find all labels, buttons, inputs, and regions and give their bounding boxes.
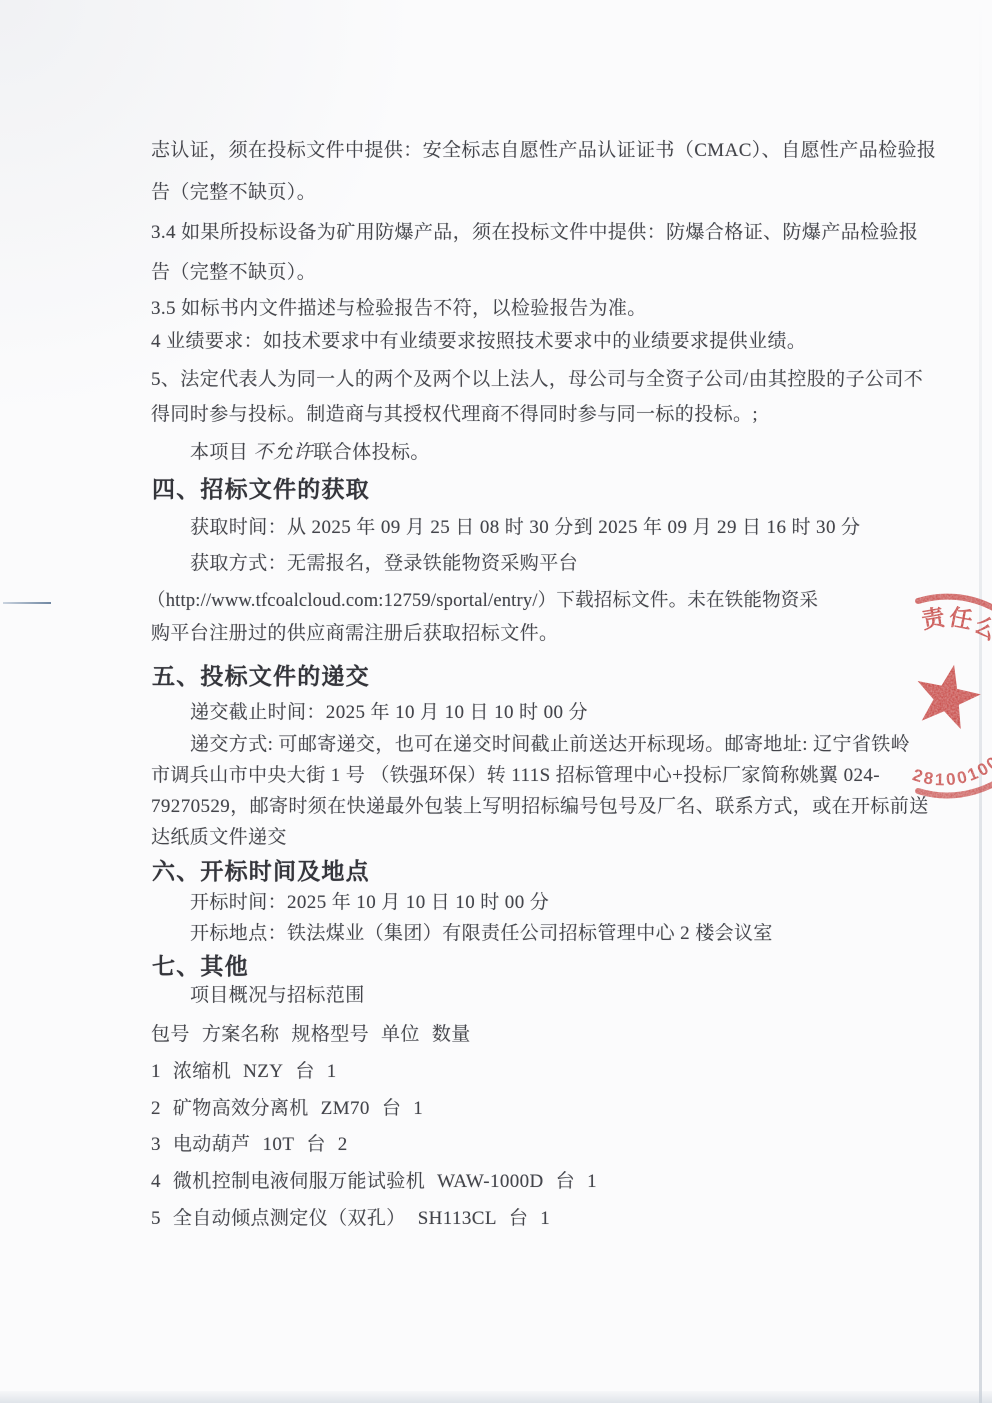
project-scope-line: 项目概况与招标范围 [190, 984, 930, 1008]
col-package-no: 包号 [151, 1023, 190, 1047]
item-model: NZY [243, 1060, 283, 1084]
item-unit: 台 [382, 1097, 401, 1121]
table-row: 4 微机控制电液伺服万能试验机 WAW-1000D 台 1 [151, 1170, 891, 1194]
paragraph-line: 得同时参与投标。制造商与其授权代理商不得同时参与同一标的投标。; [151, 403, 891, 427]
item-qty: 1 [540, 1207, 550, 1231]
paragraph-line: 5、法定代表人为同一人的两个及两个以上法人，母公司与全资子公司/由其控股的子公司… [151, 368, 891, 392]
section-heading-bid-opening: 六、开标时间及地点 [152, 858, 370, 885]
document-page: 志认证，须在投标文件中提供：安全标志自愿性产品认证证书（CMAC）、自愿性产品检… [0, 0, 992, 1403]
item-unit: 台 [306, 1133, 325, 1157]
platform-url-line: （http://www.tfcoalcloud.com:12759/sporta… [147, 589, 887, 613]
table-row: 1 浓缩机 NZY 台 1 [151, 1060, 891, 1084]
table-row: 2 矿物高效分离机 ZM70 台 1 [151, 1097, 891, 1121]
paragraph-line: 达纸质文件递交 [151, 826, 891, 850]
item-model: SH113CL [418, 1207, 497, 1231]
scan-edge-bottom [0, 1391, 992, 1403]
seal-serial-number: 28100100 [910, 752, 992, 790]
official-seal-stamp: 责任公司 28100100 [860, 560, 992, 860]
paragraph-line: 告（完整不缺页）。 [151, 181, 891, 205]
section-heading-other: 七、其他 [152, 953, 249, 980]
item-qty: 2 [338, 1133, 348, 1157]
submission-method-line: 递交方式: 可邮寄递交，也可在递交时间截止前送达开标现场。邮寄地址: 辽宁省铁岭 [190, 733, 930, 757]
opening-time-line: 开标时间：2025 年 10 月 10 日 10 时 00 分 [190, 891, 930, 915]
paragraph-line: 志认证，须在投标文件中提供：安全标志自愿性产品认证证书（CMAC）、自愿性产品检… [151, 139, 891, 163]
item-no: 3 [151, 1133, 161, 1157]
item-qty: 1 [413, 1097, 423, 1121]
item-qty: 1 [587, 1170, 597, 1194]
paragraph-line: 4 业绩要求：如技术要求中有业绩要求按照技术要求中的业绩要求提供业绩。 [151, 330, 891, 354]
col-unit: 单位 [381, 1023, 420, 1047]
paragraph-line: 告（完整不缺页）。 [151, 261, 891, 285]
no-joint-bid-note: 本项目 不允许联合体投标。 [190, 441, 930, 465]
opening-place-line: 开标地点：铁法煤业（集团）有限责任公司招标管理中心 2 楼会议室 [190, 922, 930, 946]
col-model: 规格型号 [291, 1023, 369, 1047]
mailing-phone-line: 79270529，邮寄时须在快递最外包装上写明招标编号包号及厂名、联系方式，或在… [151, 795, 891, 819]
scan-corner-shade [0, 0, 420, 420]
item-no: 5 [151, 1207, 161, 1231]
item-no: 2 [151, 1097, 161, 1121]
seal-arc-text: 责任公司 [920, 604, 992, 666]
item-unit: 台 [295, 1060, 314, 1084]
item-no: 1 [151, 1060, 161, 1084]
seal-star-icon [918, 665, 981, 729]
item-unit: 台 [556, 1170, 575, 1194]
paragraph-line: 购平台注册过的供应商需注册后获取招标文件。 [151, 622, 891, 646]
item-name: 微机控制电液伺服万能试验机 [173, 1170, 425, 1194]
item-name: 矿物高效分离机 [173, 1097, 309, 1121]
item-model: 10T [263, 1133, 295, 1157]
scan-artifact-line [3, 602, 51, 604]
section-heading-obtain-documents: 四、招标文件的获取 [152, 476, 370, 503]
note-suffix: 联合体投标。 [313, 442, 429, 463]
item-name: 浓缩机 [173, 1060, 231, 1084]
table-row: 5 全自动倾点测定仪（双孔） SH113CL 台 1 [151, 1207, 891, 1231]
obtain-method-line: 获取方式：无需报名，登录铁能物资采购平台 [190, 552, 930, 576]
item-model: WAW-1000D [437, 1170, 544, 1194]
paragraph-line: 3.4 如果所投标设备为矿用防爆产品，须在投标文件中提供：防爆合格证、防爆产品检… [151, 221, 891, 245]
note-emphasis: 不允许 [253, 442, 313, 463]
col-qty: 数量 [432, 1023, 471, 1047]
submission-deadline-line: 递交截止时间：2025 年 10 月 10 日 10 时 00 分 [190, 701, 930, 725]
obtain-time-line: 获取时间：从 2025 年 09 月 25 日 08 时 30 分到 2025 … [190, 516, 930, 540]
note-prefix: 本项目 [190, 442, 253, 463]
item-unit: 台 [509, 1207, 528, 1231]
item-model: ZM70 [321, 1097, 370, 1121]
item-name: 全自动倾点测定仪（双孔） [173, 1207, 406, 1231]
paragraph-line: 3.5 如标书内文件描述与检验报告不符，以检验报告为准。 [151, 297, 891, 321]
item-qty: 1 [327, 1060, 337, 1084]
col-plan-name: 方案名称 [202, 1023, 280, 1047]
mailing-address-line: 市调兵山市中央大街 1 号 （铁强环保）转 111S 招标管理中心+投标厂家简称… [151, 764, 891, 788]
section-heading-bid-submission: 五、投标文件的递交 [152, 663, 370, 690]
item-name: 电动葫芦 [173, 1133, 251, 1157]
table-row: 3 电动葫芦 10T 台 2 [151, 1133, 891, 1157]
items-table-header: 包号 方案名称 规格型号 单位 数量 [151, 1023, 891, 1047]
item-no: 4 [151, 1170, 161, 1194]
